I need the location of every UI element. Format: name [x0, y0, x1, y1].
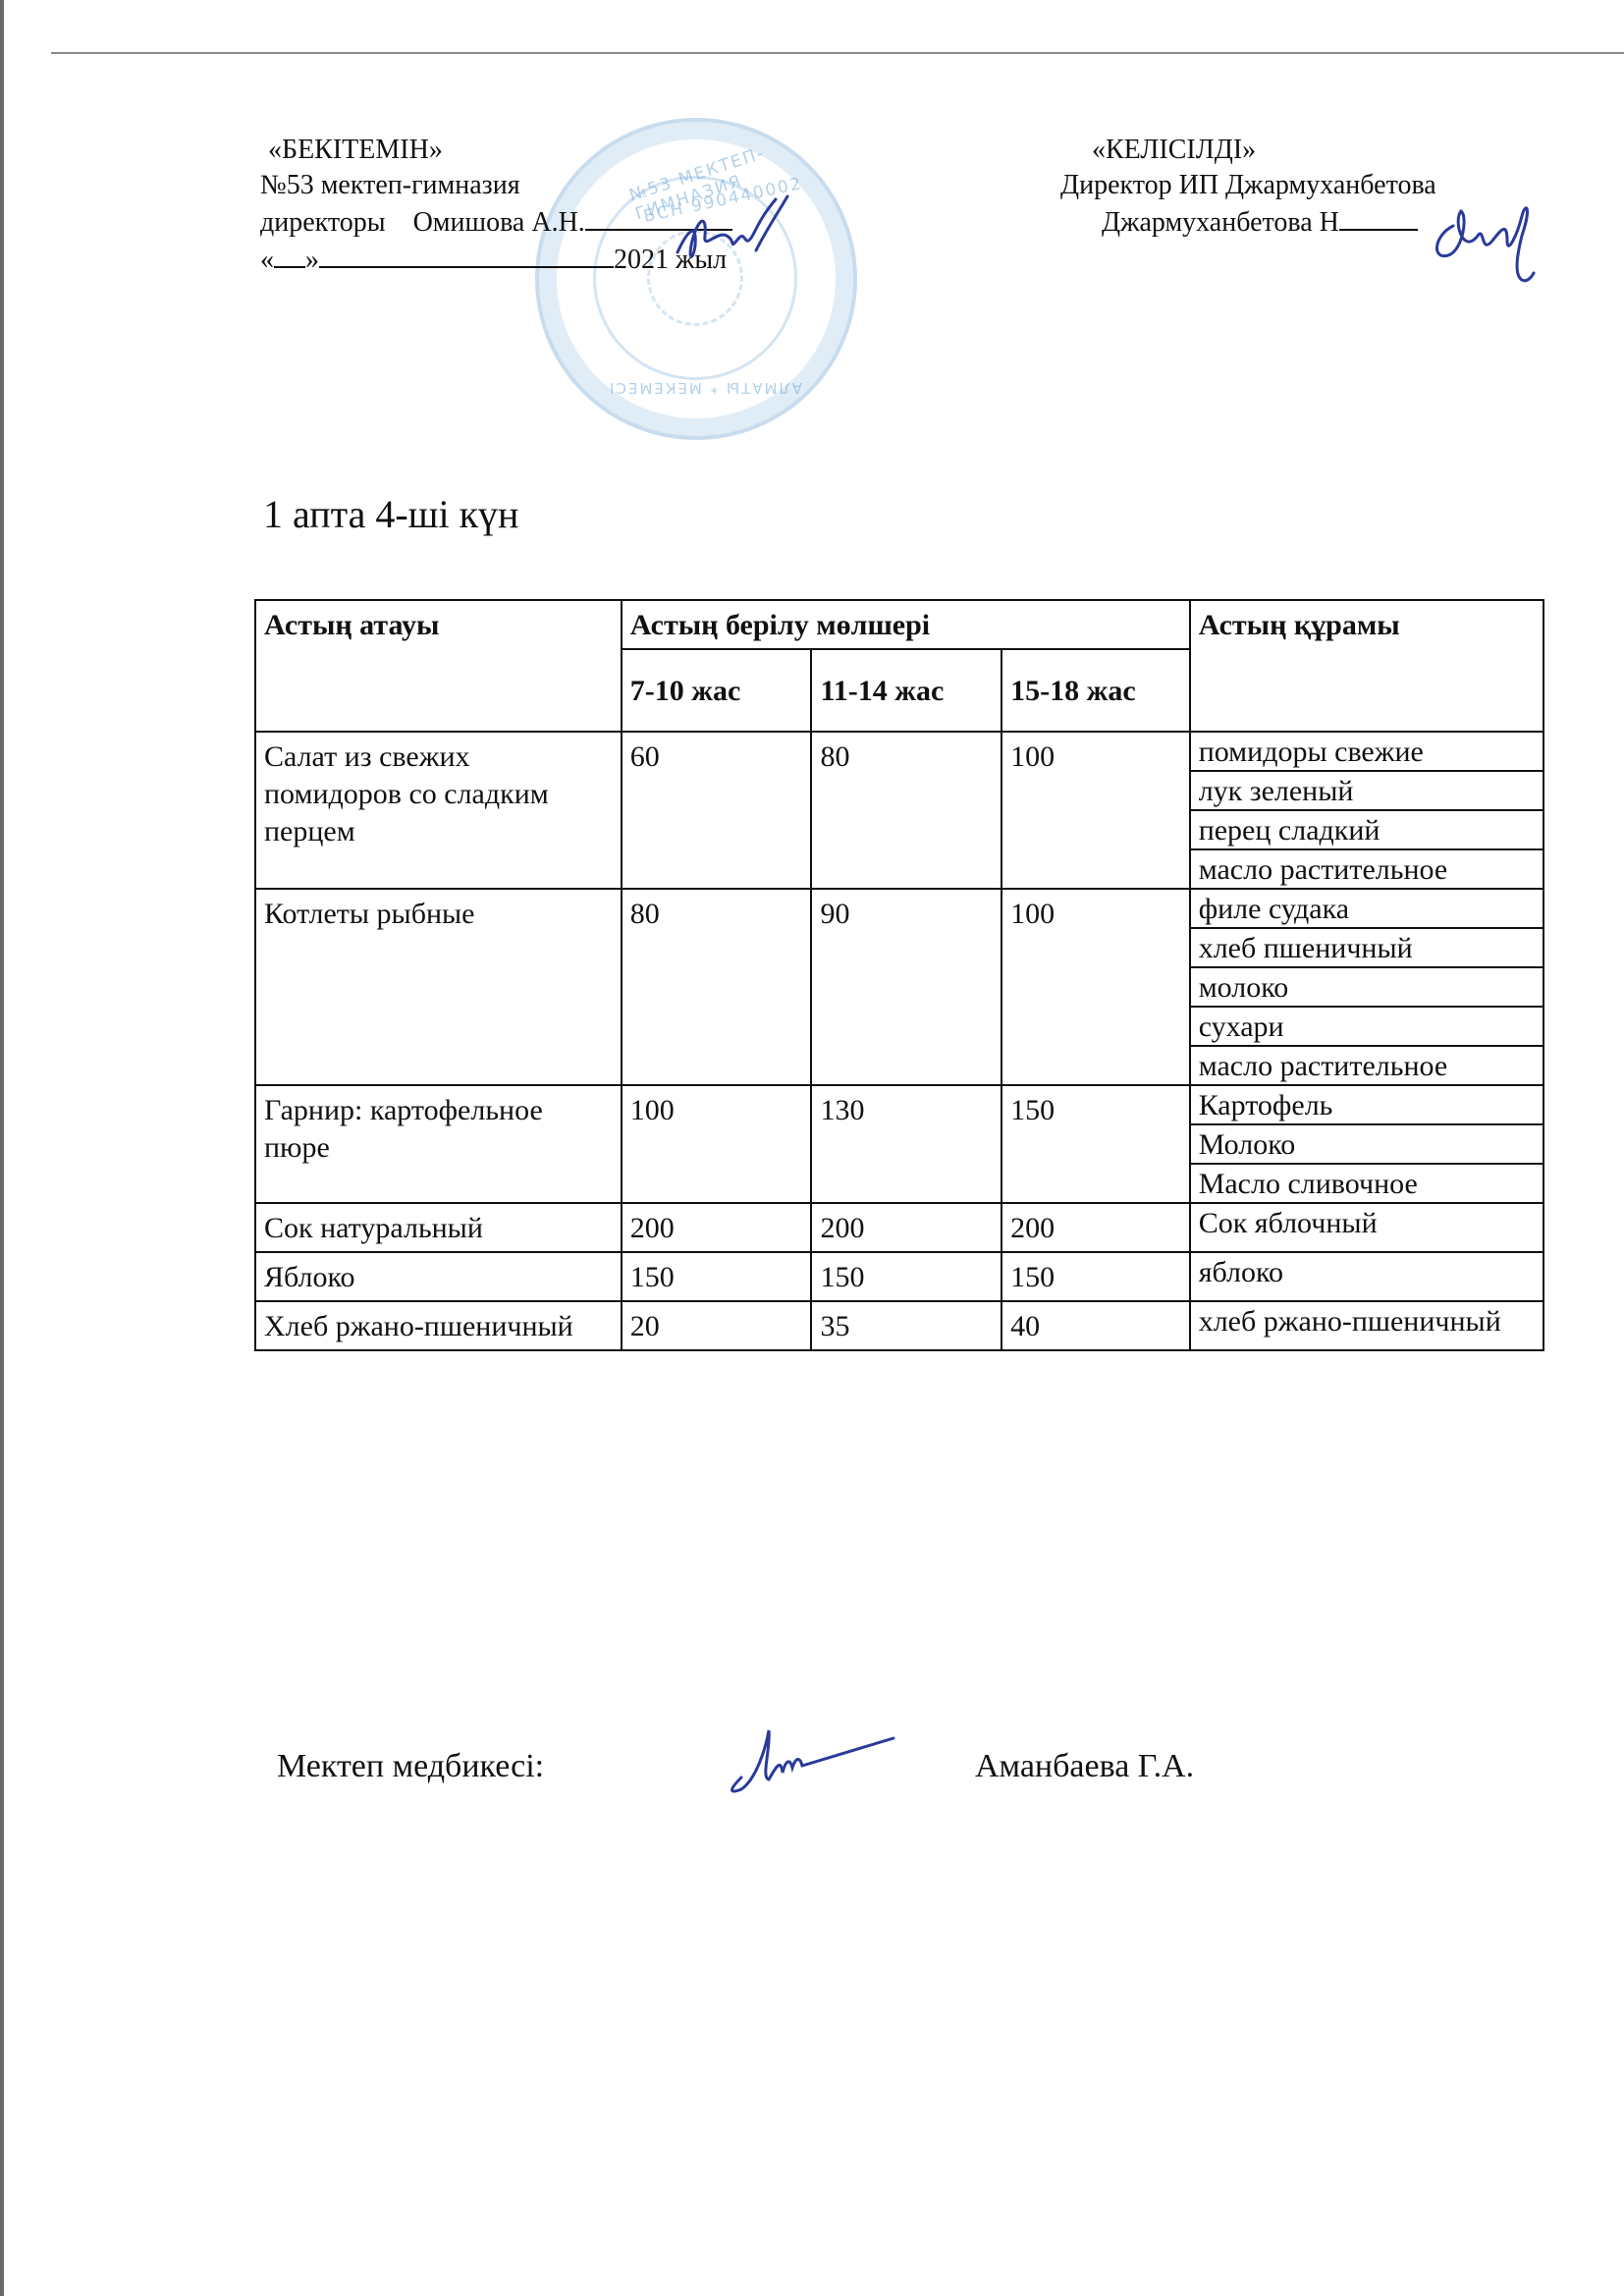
ingredient-item: Масло сливочное: [1191, 1163, 1543, 1202]
portion-11-14: 130: [811, 1085, 1001, 1203]
ingredients-list: помидоры свежиелук зеленыйперец сладкийм…: [1191, 733, 1543, 888]
portion-7-10: 60: [622, 732, 812, 889]
portion-7-10: 100: [622, 1085, 812, 1203]
table-row: Яблоко150150150яблоко: [255, 1252, 1543, 1301]
dish-name: Сок натуральный: [255, 1203, 622, 1252]
ingredients-cell: филе судакахлеб пшеничныймолокосухаримас…: [1190, 889, 1543, 1085]
ingredients-list: КартофельМолокоМасло сливочное: [1191, 1086, 1543, 1202]
portion-11-14: 90: [811, 889, 1001, 1085]
approval-signatory: директоры Омишова А.Н.: [260, 203, 732, 241]
table-row: Гарнир: картофельное пюре100130150Картоф…: [255, 1085, 1543, 1203]
agreement-signatory: Джармуханбетова Н: [1070, 203, 1436, 241]
table-row: Хлеб ржано-пшеничный203540хлеб ржано-пше…: [255, 1301, 1543, 1350]
approval-name: Омишова А.Н.: [413, 207, 585, 238]
ingredients-list: Сок яблочный: [1191, 1204, 1543, 1241]
approval-org: №53 мектеп-гимназия: [260, 168, 732, 203]
approval-date: «»2021 жыл: [260, 241, 732, 278]
dish-name: Яблоко: [255, 1252, 622, 1301]
approval-position: директоры: [260, 207, 386, 238]
portion-15-18: 150: [1001, 1085, 1190, 1203]
ingredients-cell: помидоры свежиелук зеленыйперец сладкийм…: [1190, 732, 1543, 889]
ingredients-list: филе судакахлеб пшеничныймолокосухаримас…: [1191, 890, 1543, 1084]
director-signature-icon: [668, 191, 795, 280]
header-age-15-18: 15-18 жас: [1001, 649, 1190, 732]
day-title: 1 апта 4-ші күн: [263, 491, 518, 537]
portion-11-14: 80: [811, 732, 1001, 889]
ingredients-list: яблоко: [1191, 1253, 1543, 1290]
portion-11-14: 200: [811, 1203, 1001, 1252]
ingredient-item: яблоко: [1191, 1253, 1543, 1290]
ingredients-cell: Сок яблочный: [1190, 1203, 1543, 1252]
ingredient-item: масло растительное: [1191, 1045, 1543, 1084]
ingredient-item: масло растительное: [1191, 848, 1543, 888]
table-row: Котлеты рыбные8090100филе судакахлеб пше…: [255, 889, 1543, 1085]
ingredient-item: помидоры свежие: [1191, 733, 1543, 770]
ingredient-item: перец сладкий: [1191, 809, 1543, 848]
approval-block: «БЕКІТЕМІН» №53 мектеп-гимназия директор…: [260, 133, 732, 278]
nurse-signature-icon: [722, 1719, 898, 1797]
header-age-11-14: 11-14 жас: [811, 649, 1001, 732]
ingredient-item: филе судака: [1191, 890, 1543, 927]
portion-7-10: 200: [622, 1203, 812, 1252]
dish-name: Гарнир: картофельное пюре: [255, 1085, 622, 1203]
header-dish-name: Астың атауы: [255, 600, 622, 732]
menu-table: Астың атауы Астың берілу мөлшері Астың қ…: [254, 599, 1544, 1351]
agreement-name: Джармуханбетова Н: [1102, 207, 1339, 238]
table-header-row: Астың атауы Астың берілу мөлшері Астың қ…: [255, 600, 1543, 649]
ingredient-item: хлеб пшеничный: [1191, 927, 1543, 966]
portion-7-10: 150: [622, 1252, 812, 1301]
portion-7-10: 20: [622, 1301, 812, 1350]
ingredient-item: хлеб ржано-пшеничный: [1191, 1302, 1543, 1339]
agreement-position: Директор ИП Джармуханбетова: [1060, 168, 1436, 203]
ingredient-item: молоко: [1191, 966, 1543, 1006]
top-rule: [51, 52, 1624, 54]
portion-15-18: 200: [1001, 1203, 1190, 1252]
table-row: Салат из свежих помидоров со сладким пер…: [255, 732, 1543, 889]
dish-name: Салат из свежих помидоров со сладким пер…: [255, 732, 622, 889]
ingredient-item: Картофель: [1191, 1086, 1543, 1123]
approval-title: «БЕКІТЕМІН»: [260, 133, 732, 168]
dish-name: Хлеб ржано-пшеничный: [255, 1301, 622, 1350]
ingredient-item: Сок яблочный: [1191, 1204, 1543, 1241]
day-blank: [274, 241, 305, 268]
scan-edge: [0, 0, 4, 2296]
portion-11-14: 35: [811, 1301, 1001, 1350]
ingredients-cell: яблоко: [1190, 1252, 1543, 1301]
nurse-name: Аманбаева Г.А.: [975, 1748, 1194, 1785]
portion-15-18: 100: [1001, 732, 1190, 889]
header-portion: Астың берілу мөлшері: [622, 600, 1190, 649]
agreement-block: «КЕЛІСІЛДІ» Директор ИП Джармуханбетова …: [1070, 133, 1436, 241]
portion-15-18: 150: [1001, 1252, 1190, 1301]
portion-11-14: 150: [811, 1252, 1001, 1301]
portion-15-18: 100: [1001, 889, 1190, 1085]
ingredient-item: Молоко: [1191, 1123, 1543, 1163]
table-row: Сок натуральный200200200Сок яблочный: [255, 1203, 1543, 1252]
month-blank: [319, 241, 614, 268]
ingredient-item: лук зеленый: [1191, 770, 1543, 809]
ingredient-item: сухари: [1191, 1006, 1543, 1045]
portion-7-10: 80: [622, 889, 812, 1085]
ingredients-cell: хлеб ржано-пшеничный: [1190, 1301, 1543, 1350]
dish-name: Котлеты рыбные: [255, 889, 622, 1085]
agreement-title: «КЕЛІСІЛДІ»: [1070, 133, 1436, 168]
header-composition: Астың құрамы: [1190, 600, 1543, 732]
ingredients-cell: КартофельМолокоМасло сливочное: [1190, 1085, 1543, 1203]
nurse-label: Мектеп медбикесі:: [277, 1748, 544, 1785]
stamp-bottom-text: АЛМАТЫ * МЕКЕМЕСІ: [608, 379, 802, 397]
header-age-7-10: 7-10 жас: [622, 649, 812, 732]
ingredients-list: хлеб ржано-пшеничный: [1191, 1302, 1543, 1339]
supplier-signature-icon: [1424, 187, 1551, 295]
portion-15-18: 40: [1001, 1301, 1190, 1350]
agreement-signature-line: [1339, 203, 1418, 231]
